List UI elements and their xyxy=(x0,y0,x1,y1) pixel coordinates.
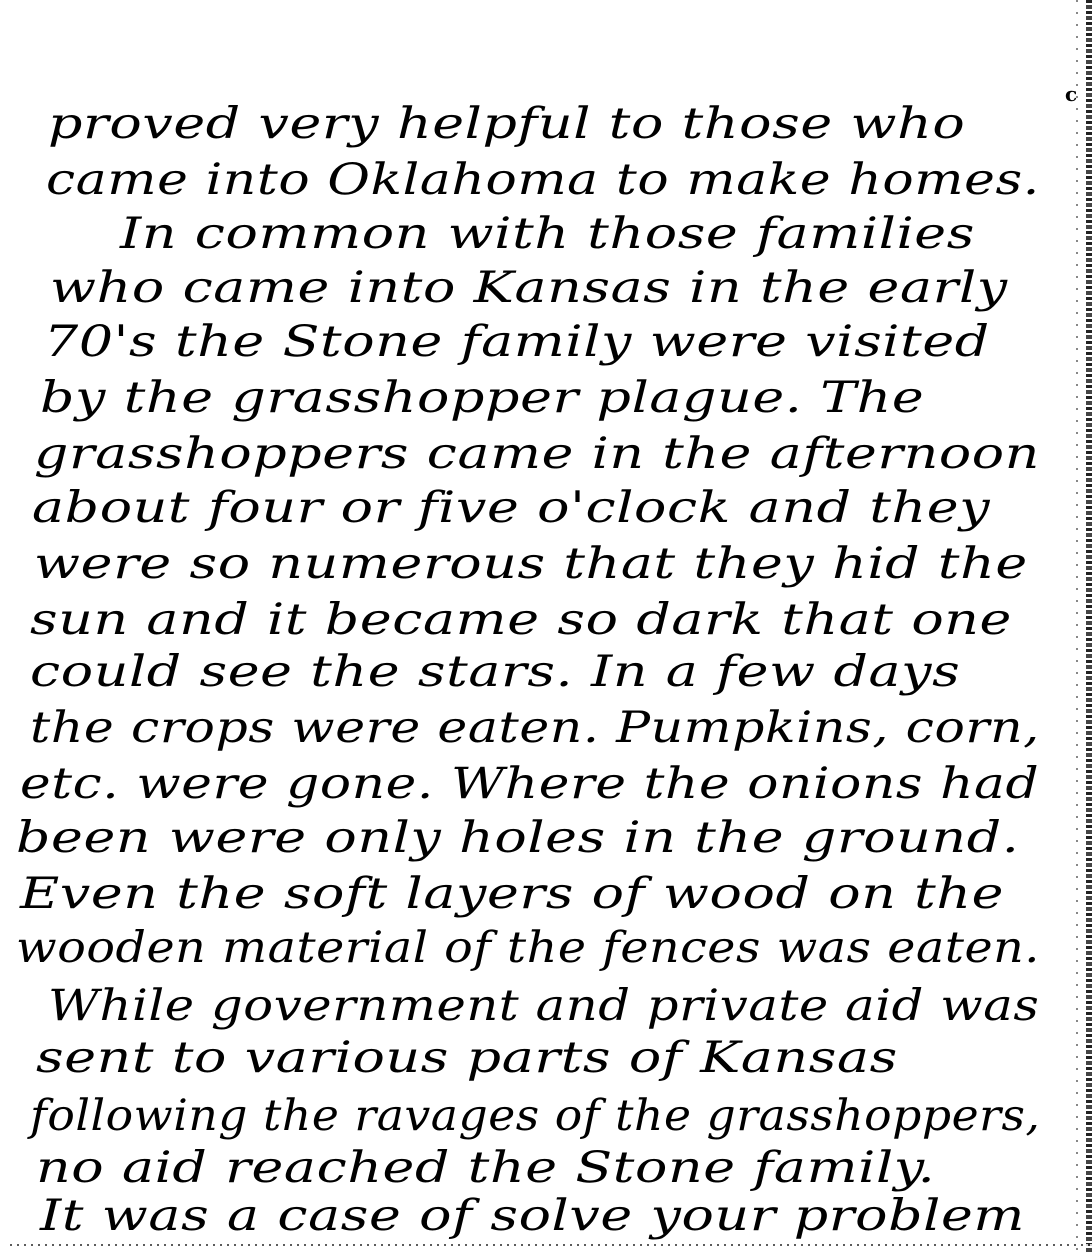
text-line: It was a case of solve your problem xyxy=(40,1188,1025,1244)
text-line: While government and private aid was xyxy=(48,978,1039,1034)
text-line: by the grasshopper plague. The xyxy=(40,370,924,426)
text-line: grasshoppers came in the afternoon xyxy=(34,426,1040,482)
text-line: etc. were gone. Where the onions had xyxy=(20,756,1039,812)
text-line: sent to various parts of Kansas xyxy=(36,1030,898,1086)
text-line: were so numerous that they hid the xyxy=(34,536,1028,592)
text-line: proved very helpful to those who xyxy=(48,96,965,152)
text-line: sun and it became so dark that one xyxy=(30,592,1012,648)
handwritten-text-body: proved very helpful to those who came in… xyxy=(0,0,1092,1254)
text-line: wooden material of the fences was eaten. xyxy=(16,920,1040,976)
text-line: came into Oklahoma to make homes. xyxy=(46,152,1040,208)
text-line: 70's the Stone family were visited xyxy=(44,314,990,370)
text-line: who came into Kansas in the early xyxy=(50,260,1008,316)
text-line: the crops were eaten. Pumpkins, corn, xyxy=(30,700,1040,756)
text-line: In common with those families xyxy=(120,206,975,262)
text-line: about four or five o'clock and they xyxy=(32,480,990,536)
text-line: been were only holes in the ground. xyxy=(16,810,1019,866)
text-line: following the ravages of the grasshopper… xyxy=(30,1088,1040,1144)
text-line: could see the stars. In a few days xyxy=(30,644,960,700)
text-line: Even the soft layers of wood on the xyxy=(20,866,1004,922)
manuscript-page: c proved very helpful to those who came … xyxy=(0,0,1092,1254)
